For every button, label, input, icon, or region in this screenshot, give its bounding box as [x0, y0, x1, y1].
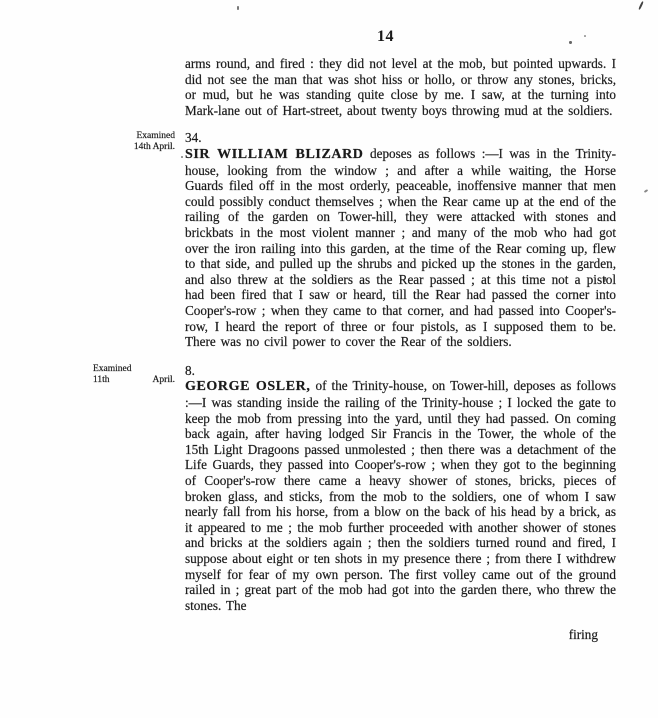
margin-examined-date: 14th April. [134, 142, 175, 152]
margin-note-osler: Examined 11th April. [93, 364, 175, 386]
page-number: 14 [170, 28, 601, 46]
margin-note-blizard: Examined 14th April. [93, 131, 175, 153]
text-column: arms round, and fired : they did not lev… [185, 56, 616, 642]
continuation-paragraph: arms round, and fired : they did not lev… [185, 56, 616, 118]
catchword: firing [569, 627, 598, 642]
catchword-line: firing [185, 627, 616, 643]
deponent-name-osler: GEORGE OSLER, [185, 379, 310, 394]
scanned-book-page: 14 arms round, and fired : they did not … [0, 0, 658, 718]
scan-speckle [584, 35, 586, 37]
margin-witness-number: 34. [185, 130, 616, 146]
scan-speckle [569, 41, 572, 44]
continuation-text: arms round, and fired : they did not lev… [185, 56, 616, 118]
scan-speckle [644, 189, 648, 193]
margin-examined-date: 11th April. [93, 375, 175, 385]
scan-speckle [638, 1, 644, 10]
deponent-name-blizard: SIR WILLIAM BLIZARD [185, 147, 364, 162]
margin-examined-label: Examined [136, 131, 175, 141]
scan-speckle [237, 6, 239, 10]
deposition-text-blizard: deposes as follows :—I was in the Trinit… [185, 146, 616, 349]
margin-witness-number: 8. [185, 363, 616, 379]
margin-examined-label: Examined [93, 364, 132, 374]
deposition-text-osler: of the Trinity-house, on Tower-hill, dep… [185, 378, 616, 612]
scan-speckle [181, 156, 183, 158]
